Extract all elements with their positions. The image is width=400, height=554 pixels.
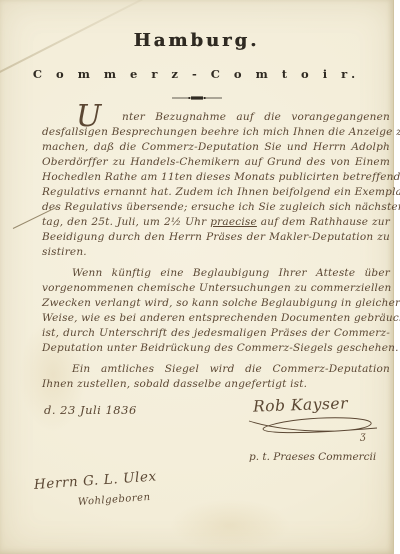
letterhead-city: Hamburg. xyxy=(0,30,393,51)
body-line-text: auf dem Rathhause zur xyxy=(257,216,390,228)
body-line: vorgenommenen chemische Untersuchungen z… xyxy=(42,281,390,296)
paper-stain xyxy=(150,490,310,554)
body-line-text: tag, den 25t. Juli, um 2½ Uhr xyxy=(42,216,210,228)
recipient-name: Herrn G. L. Ulex xyxy=(33,468,157,493)
body-line: sistiren. xyxy=(42,245,390,260)
body-line: Unter Bezugnahme auf die vorangegangenen xyxy=(42,110,390,125)
body-line: Oberdörffer zu Handels-Chemikern auf Gru… xyxy=(42,155,390,170)
underlined-word: praecise xyxy=(210,216,257,228)
paragraph: Ein amtliches Siegel wird die Commerz-De… xyxy=(42,362,390,392)
letter-sheet: Hamburg. C o m m e r z - C o m t o i r. … xyxy=(0,0,394,554)
body-line: machen, daß die Commerz-Deputation Sie u… xyxy=(42,140,390,155)
recipient-honorific: Wohlgeboren xyxy=(78,492,151,508)
body-line: tag, den 25t. Juli, um 2½ Uhr praecise a… xyxy=(42,215,390,230)
body-line: Zwecken verlangt wird, so kann solche Be… xyxy=(42,296,390,311)
body-line: Deputation unter Beidrückung des Commerz… xyxy=(42,341,390,356)
body-line: Regulativs ernannt hat. Zudem ich Ihnen … xyxy=(42,185,390,200)
divider-ornament-icon xyxy=(172,94,222,102)
ink-mark: ʒ xyxy=(360,431,366,442)
body-line: Weise, wie es bei anderen entsprechenden… xyxy=(42,311,390,326)
paragraph: Wenn künftig eine Beglaubigung Ihrer Att… xyxy=(42,266,390,356)
body-line: Wenn künftig eine Beglaubigung Ihrer Att… xyxy=(42,266,390,281)
body-line-text: nter Bezugnahme auf die vorangegangenen xyxy=(122,111,390,123)
body-line: Beeidigung durch den Herrn Präses der Ma… xyxy=(42,230,390,245)
letterhead-office: C o m m e r z - C o m t o i r. xyxy=(0,67,393,81)
letter-body: Unter Bezugnahme auf die vorangegangenen… xyxy=(42,110,390,392)
dateline: d. 23 Juli 1836 xyxy=(44,403,137,417)
body-line: Ein amtliches Siegel wird die Commerz-De… xyxy=(42,362,390,377)
body-line: ist, durch Unterschrift des jedesmaligen… xyxy=(42,326,390,341)
paragraph: Unter Bezugnahme auf die vorangegangenen… xyxy=(42,110,390,260)
drop-cap-initial: U xyxy=(76,104,101,130)
body-line: Hochedlen Rathe am 11ten dieses Monats p… xyxy=(42,170,390,185)
body-line: des Regulativs übersende; ersuche ich Si… xyxy=(42,200,390,215)
body-line: Ihnen zustellen, sobald dasselbe angefer… xyxy=(42,377,390,392)
signature-title: p. t. Praeses Commercii xyxy=(249,451,376,463)
